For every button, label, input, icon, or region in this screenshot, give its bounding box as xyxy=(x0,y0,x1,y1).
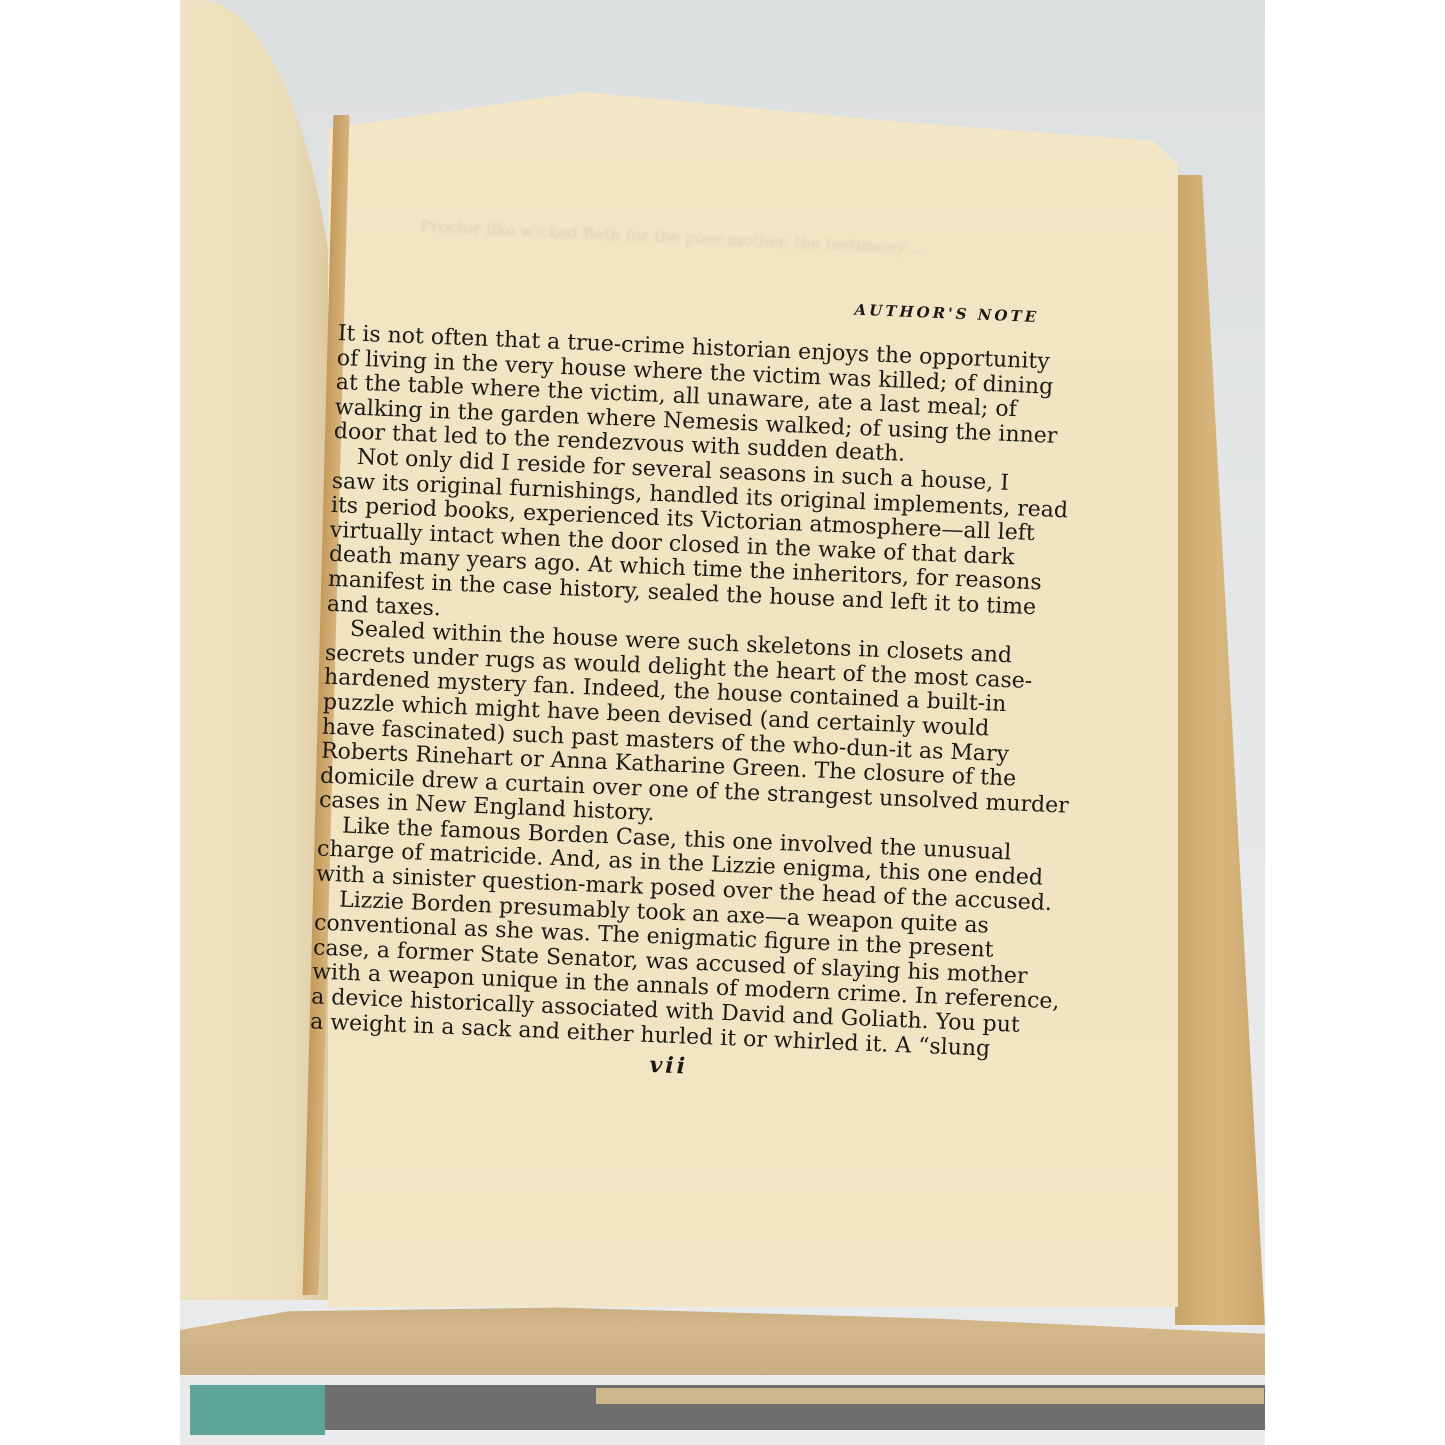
paragraph-4: Like the famous Borden Case, this one in… xyxy=(310,813,1078,1065)
paragraph-2: Not only did I reside for several season… xyxy=(326,445,1092,648)
page-text-block: AUTHOR'S NOTE It is not often that a tru… xyxy=(308,280,1099,1095)
book-endpaper-tan xyxy=(596,1388,1264,1404)
book-cover-spine-teal xyxy=(190,1385,325,1435)
paragraph-3: Sealed within the house were such skelet… xyxy=(319,617,1086,844)
